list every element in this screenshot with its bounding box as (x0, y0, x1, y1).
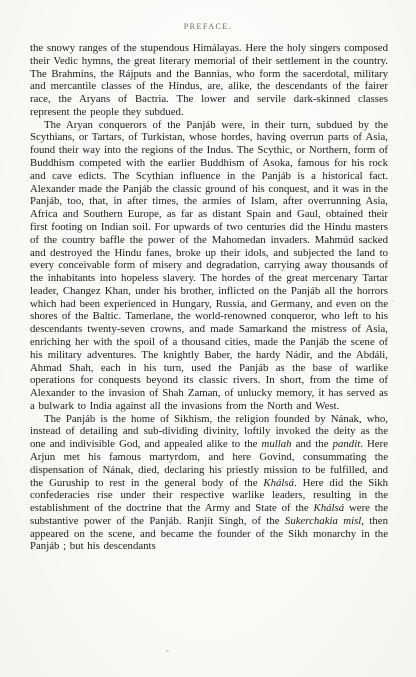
page-body: the snowy ranges of the stupendous Himál… (30, 42, 388, 553)
scan-speck (392, 300, 394, 302)
paragraph-3: The Panjáb is the home of Sikhism, the r… (30, 413, 388, 554)
italic-term: Sukerchakia misl (285, 515, 361, 527)
italic-term: mullah (262, 438, 292, 450)
paragraph-1: the snowy ranges of the stupendous Himál… (30, 42, 388, 119)
scan-speck (166, 650, 169, 652)
italic-term: Khálsá (314, 502, 345, 514)
running-header: PREFACE. (0, 22, 416, 31)
italic-term: Khálsá (263, 477, 294, 489)
text-segment: the snowy ranges of the stupendous Himál… (30, 42, 388, 118)
paragraph-2: The Aryan conquerors of the Panjáb were,… (30, 119, 388, 413)
italic-term: pandit (333, 438, 361, 450)
book-page: PREFACE. the snowy ranges of the stupend… (0, 0, 416, 677)
text-segment: The Aryan conquerors of the Panjáb were,… (30, 119, 388, 412)
text-segment: and the (292, 438, 333, 450)
